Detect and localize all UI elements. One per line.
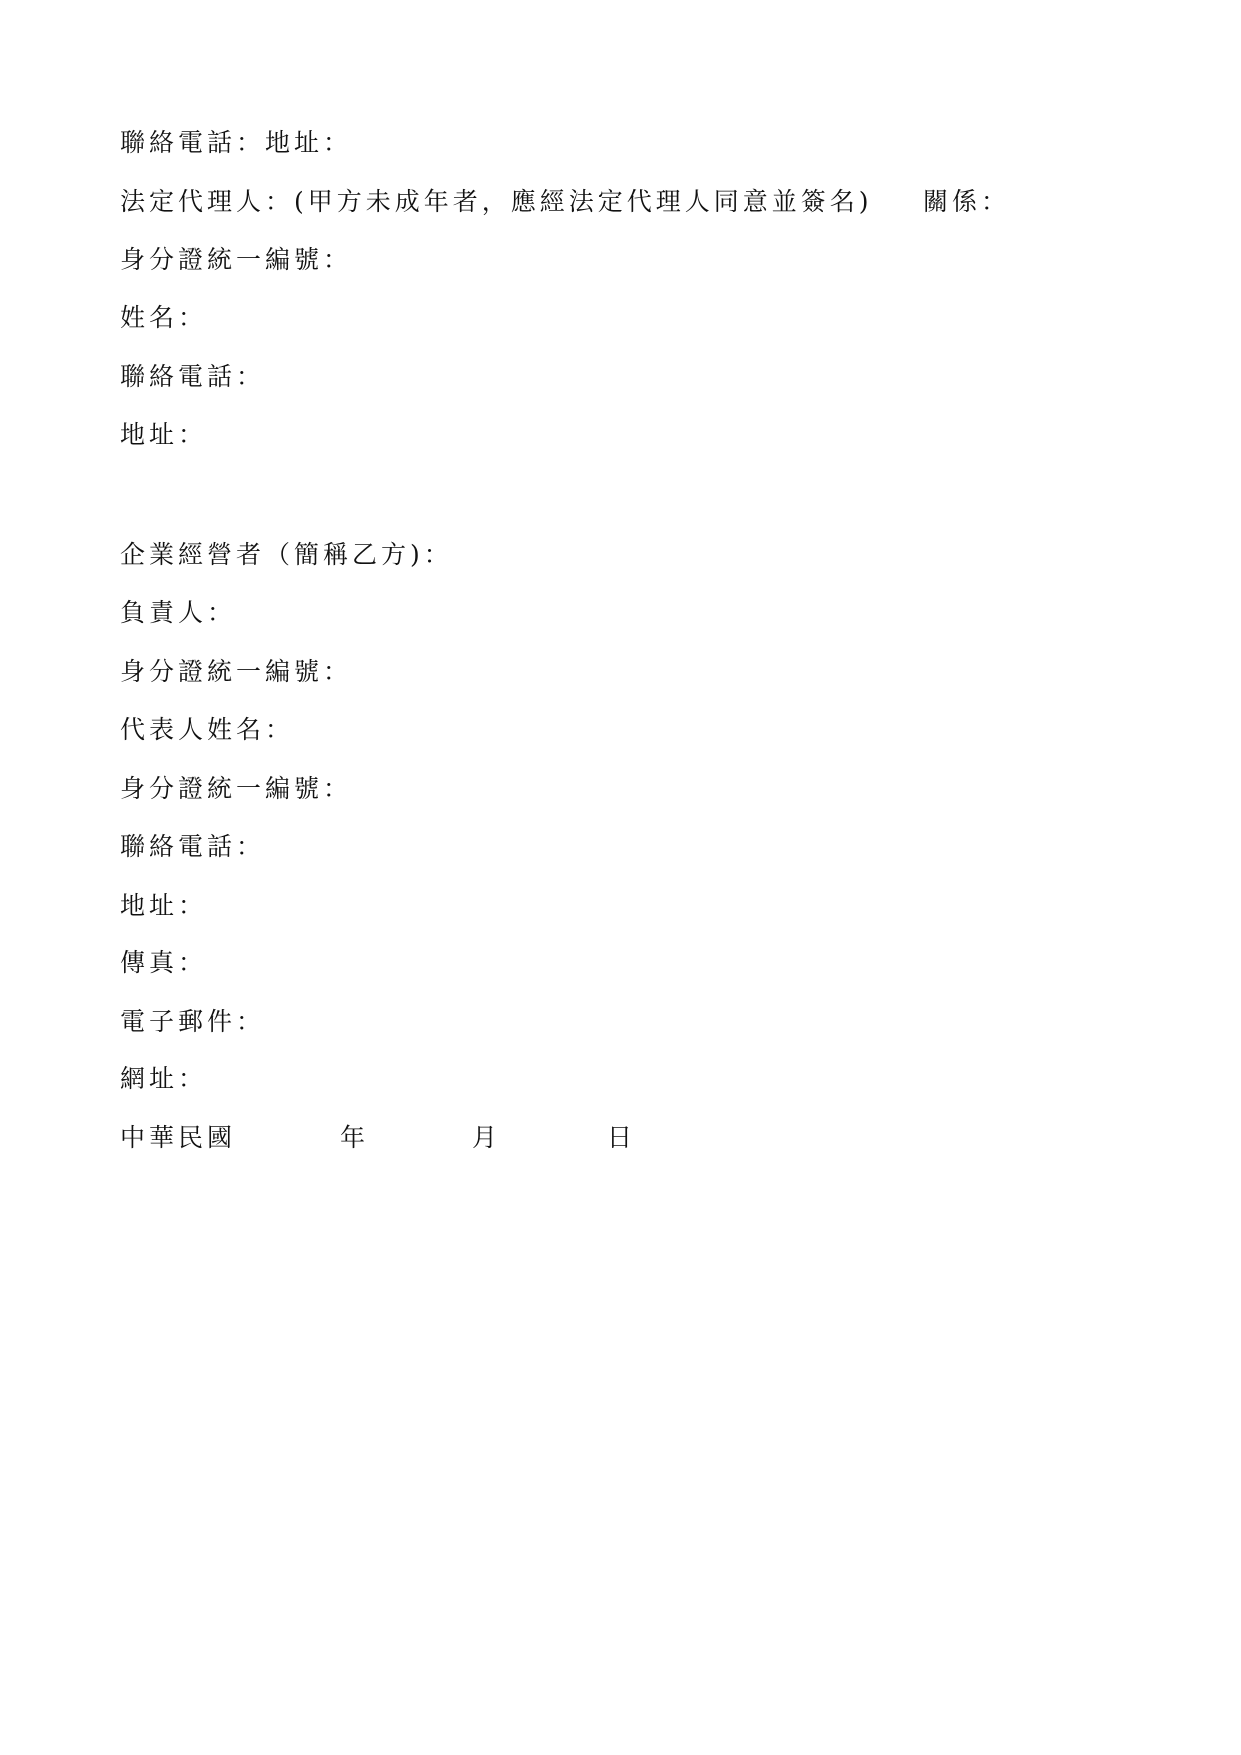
date-day-label: 日 <box>607 1123 636 1153</box>
guardian-line: 法定代理人：(甲方未成年者，應經法定代理人同意並簽名) <box>120 187 873 217</box>
responsible-person-label: 負責人： <box>120 598 236 628</box>
date-era: 中華民國 <box>120 1123 236 1153</box>
party-b-heading: 企業經營者（簡稱乙方)： <box>120 540 453 570</box>
party-b-id-label-1: 身分證統一編號： <box>120 657 352 687</box>
guardian-id-label: 身分證統一編號： <box>120 245 352 275</box>
date-line: 中華民國 年 月 日 <box>120 1123 720 1153</box>
relationship-label: 關係： <box>923 187 1010 217</box>
representative-name-label: 代表人姓名： <box>120 715 294 745</box>
guardian-address-label: 地址： <box>120 420 207 450</box>
party-b-fax-label: 傳真： <box>120 948 207 978</box>
party-b-phone-label: 聯絡電話： <box>120 832 265 862</box>
party-b-address-label: 地址： <box>120 891 207 921</box>
guardian-phone-label: 聯絡電話： <box>120 362 265 392</box>
party-b-email-label: 電子郵件： <box>120 1007 265 1037</box>
party-a-phone-address-line: 聯絡電話：地址： <box>120 128 352 158</box>
party-b-id-label-2: 身分證統一編號： <box>120 774 352 804</box>
date-year-label: 年 <box>340 1123 369 1153</box>
party-b-website-label: 網址： <box>120 1064 207 1094</box>
date-month-label: 月 <box>472 1123 501 1153</box>
guardian-name-label: 姓名： <box>120 303 207 333</box>
